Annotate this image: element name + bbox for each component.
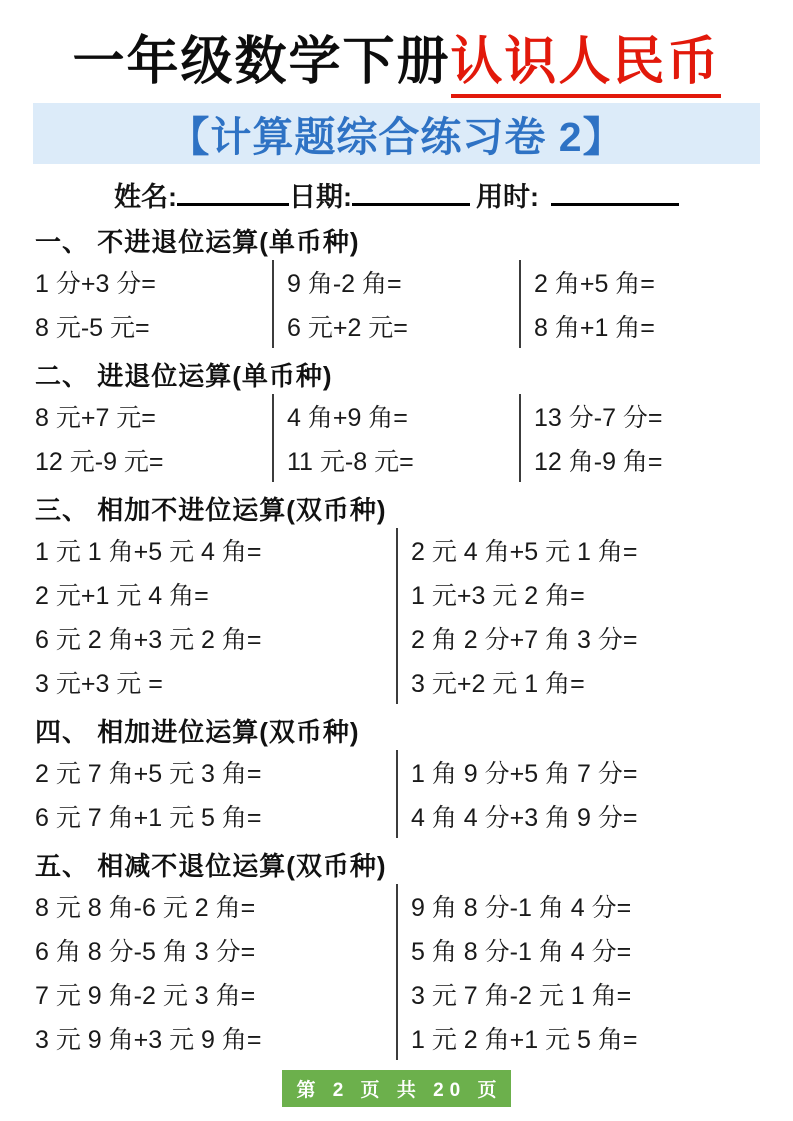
section-heading: 五、 相减不退位运算(双币种) <box>0 850 793 882</box>
problem-cell: 6 元 7 角+1 元 5 角= <box>35 794 396 838</box>
problem-cell: 3 元+3 元 = <box>35 660 396 704</box>
problem-grid: 1 元 1 角+5 元 4 角=2 元 4 角+5 元 1 角=2 元+1 元 … <box>35 528 768 704</box>
problem-cell: 1 元 2 角+1 元 5 角= <box>396 1016 768 1060</box>
problem-cell: 4 角+9 角= <box>272 394 519 438</box>
problem-cell: 11 元-8 元= <box>272 438 519 482</box>
time-label: 用时: <box>476 182 539 212</box>
problem-cell: 8 元+7 元= <box>35 394 272 438</box>
sections-container: 一、 不进退位运算(单币种)1 分+3 分=9 角-2 角=2 角+5 角=8 … <box>0 226 793 1060</box>
problem-grid: 2 元 7 角+5 元 3 角=1 角 9 分+5 角 7 分=6 元 7 角+… <box>35 750 768 838</box>
problem-cell: 6 角 8 分-5 角 3 分= <box>35 928 396 972</box>
problem-cell: 2 角 2 分+7 角 3 分= <box>396 616 768 660</box>
section-heading: 四、 相加进位运算(双币种) <box>0 716 793 748</box>
problem-cell: 2 元+1 元 4 角= <box>35 572 396 616</box>
problem-grid: 1 分+3 分=9 角-2 角=2 角+5 角=8 元-5 元=6 元+2 元=… <box>35 260 768 348</box>
problem-cell: 8 元 8 角-6 元 2 角= <box>35 884 396 928</box>
problem-cell: 7 元 9 角-2 元 3 角= <box>35 972 396 1016</box>
problem-cell: 9 角-2 角= <box>272 260 519 304</box>
problem-cell: 4 角 4 分+3 角 9 分= <box>396 794 768 838</box>
title-topic: 认识人民币 <box>451 33 721 98</box>
problem-cell: 2 元 7 角+5 元 3 角= <box>35 750 396 794</box>
problem-cell: 2 元 4 角+5 元 1 角= <box>396 528 768 572</box>
date-label: 日期: <box>289 182 352 212</box>
section-4: 四、 相加进位运算(双币种)2 元 7 角+5 元 3 角=1 角 9 分+5 … <box>0 716 793 838</box>
title-course: 一年级数学下册 <box>72 33 450 91</box>
time-blank <box>551 182 679 206</box>
problem-cell: 1 元+3 元 2 角= <box>396 572 768 616</box>
problem-cell: 13 分-7 分= <box>519 394 768 438</box>
problem-grid: 8 元+7 元=4 角+9 角=13 分-7 分=12 元-9 元=11 元-8… <box>35 394 768 482</box>
worksheet-page: 一年级数学下册认识人民币 【计算题综合练习卷 2】 姓名:日期:用时: 一、 不… <box>0 0 793 1121</box>
footer: 第 2 页 共 20 页 <box>0 1070 793 1107</box>
problem-cell: 6 元 2 角+3 元 2 角= <box>35 616 396 660</box>
problem-cell: 8 元-5 元= <box>35 304 272 348</box>
section-1: 一、 不进退位运算(单币种)1 分+3 分=9 角-2 角=2 角+5 角=8 … <box>0 226 793 348</box>
name-label: 姓名: <box>114 182 177 212</box>
section-2: 二、 进退位运算(单币种)8 元+7 元=4 角+9 角=13 分-7 分=12… <box>0 360 793 482</box>
problem-cell: 5 角 8 分-1 角 4 分= <box>396 928 768 972</box>
banner-title: 【计算题综合练习卷 2】 <box>168 104 624 163</box>
page-title: 一年级数学下册认识人民币 <box>0 0 793 91</box>
problem-cell: 9 角 8 分-1 角 4 分= <box>396 884 768 928</box>
section-3: 三、 相加不进位运算(双币种)1 元 1 角+5 元 4 角=2 元 4 角+5… <box>0 494 793 704</box>
problem-cell: 3 元 9 角+3 元 9 角= <box>35 1016 396 1060</box>
name-blank <box>177 182 289 206</box>
section-heading: 二、 进退位运算(单币种) <box>0 360 793 392</box>
section-5: 五、 相减不退位运算(双币种)8 元 8 角-6 元 2 角=9 角 8 分-1… <box>0 850 793 1060</box>
page-number-badge: 第 2 页 共 20 页 <box>282 1070 510 1107</box>
banner: 【计算题综合练习卷 2】 <box>33 103 760 164</box>
problem-cell: 3 元+2 元 1 角= <box>396 660 768 704</box>
section-heading: 一、 不进退位运算(单币种) <box>0 226 793 258</box>
student-info-line: 姓名:日期:用时: <box>0 175 793 214</box>
problem-cell: 6 元+2 元= <box>272 304 519 348</box>
problem-cell: 3 元 7 角-2 元 1 角= <box>396 972 768 1016</box>
problem-cell: 2 角+5 角= <box>519 260 768 304</box>
problem-cell: 1 元 1 角+5 元 4 角= <box>35 528 396 572</box>
date-blank <box>352 182 470 206</box>
problem-cell: 8 角+1 角= <box>519 304 768 348</box>
problem-grid: 8 元 8 角-6 元 2 角=9 角 8 分-1 角 4 分=6 角 8 分-… <box>35 884 768 1060</box>
problem-cell: 12 元-9 元= <box>35 438 272 482</box>
problem-cell: 1 角 9 分+5 角 7 分= <box>396 750 768 794</box>
problem-cell: 12 角-9 角= <box>519 438 768 482</box>
section-heading: 三、 相加不进位运算(双币种) <box>0 494 793 526</box>
problem-cell: 1 分+3 分= <box>35 260 272 304</box>
